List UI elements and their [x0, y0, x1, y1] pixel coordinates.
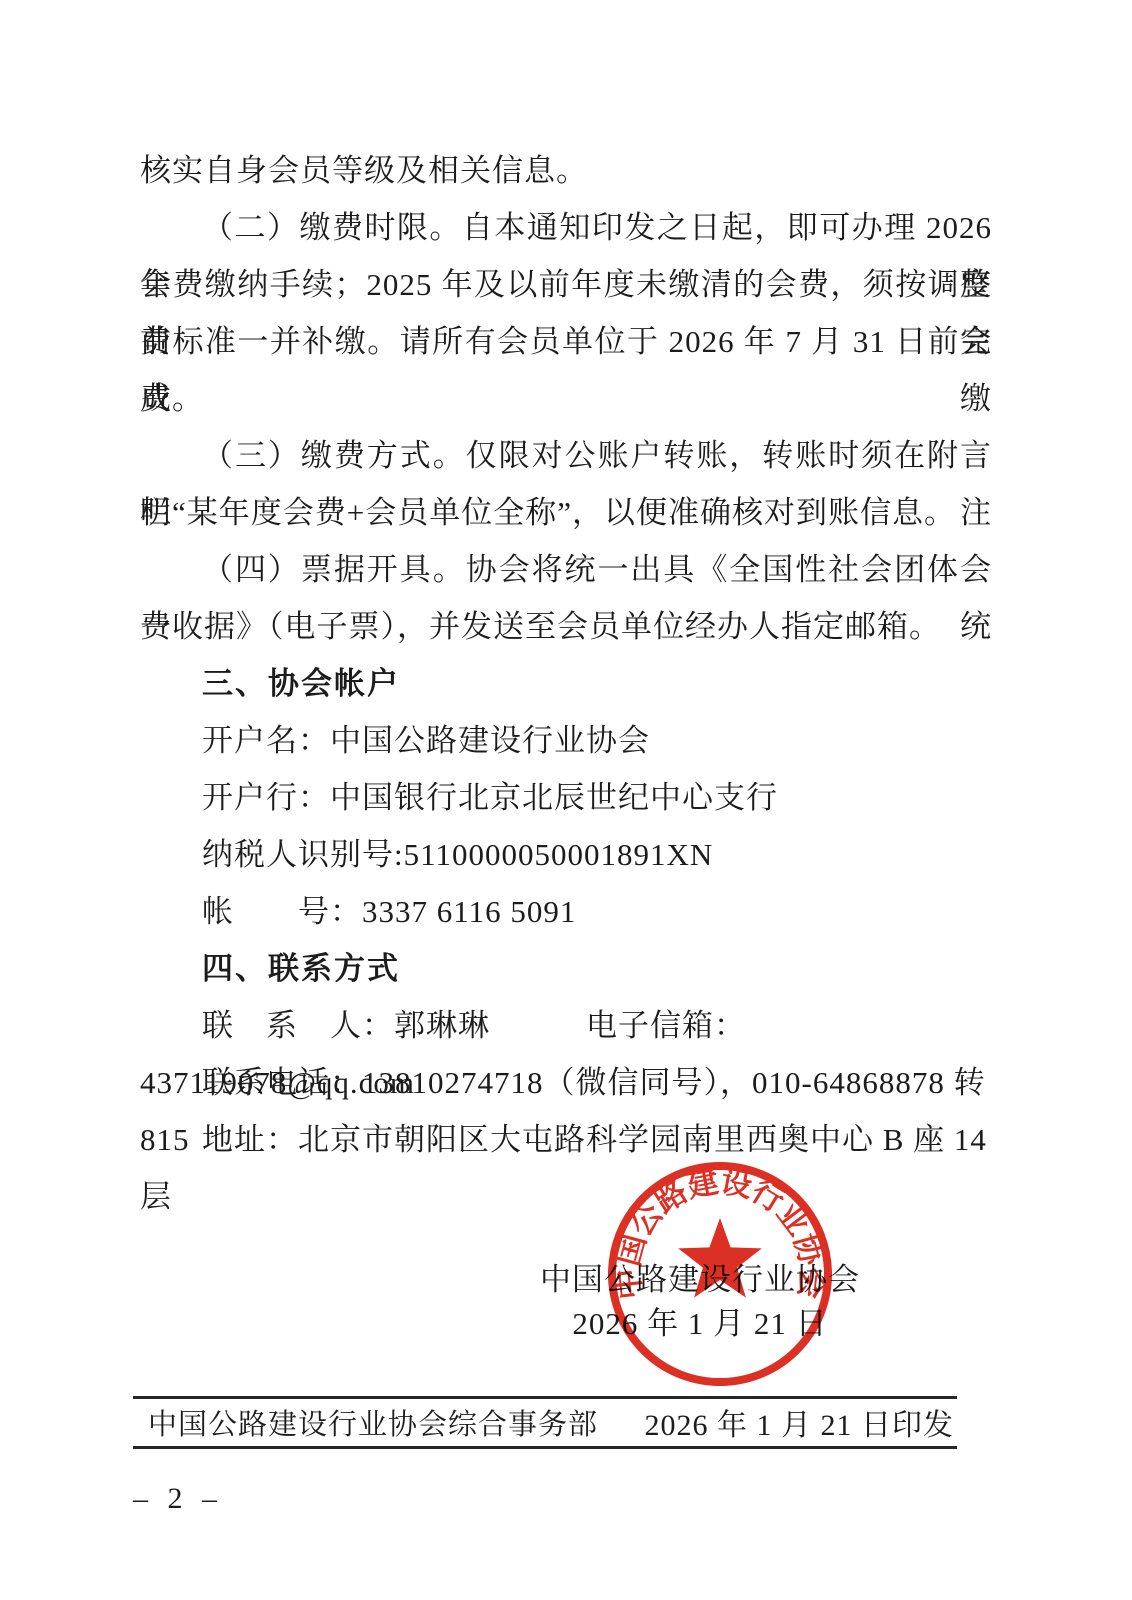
seal-star-icon [678, 1218, 762, 1298]
body-line: 费标准一并补缴。请所有会员单位于 2026 年 7 月 31 日前完成缴 [140, 313, 992, 370]
footer-divider-bottom [133, 1446, 957, 1449]
body-line: （三）缴费方式。仅限对公账户转账，转账时须在附言栏注 [140, 427, 992, 484]
section-heading-contact: 四、联系方式 [140, 940, 992, 997]
document-body: 核实自身会员等级及相关信息。 （二）缴费时限。自本通知印发之日起，即可办理 20… [140, 142, 992, 1168]
document-page: 核实自身会员等级及相关信息。 （二）缴费时限。自本通知印发之日起，即可办理 20… [0, 0, 1132, 1600]
account-name-line: 开户名：中国公路建设行业协会 [140, 712, 992, 769]
contact-phone-line: 联系电话：13810274718（微信同号），010-64868878 转 81… [140, 1054, 992, 1111]
tax-id-line: 纳税人识别号:5110000050001891XN [140, 826, 992, 883]
body-line: 核实自身会员等级及相关信息。 [140, 142, 992, 199]
contact-person-line: 联 系 人：郭琳琳 电子信箱：437119078@qq.com [140, 997, 992, 1054]
page-number: – 2 – [133, 1482, 223, 1516]
footer-divider-top [133, 1396, 957, 1399]
account-bank-line: 开户行：中国银行北京北辰世纪中心支行 [140, 769, 992, 826]
body-line: 一收据》（电子票），并发送至会员单位经办人指定邮箱。 [140, 598, 992, 655]
official-seal: 中国公路建设行业协会 [602, 1156, 838, 1392]
footer-print-date: 2026 年 1 月 21 日印发 [645, 1400, 955, 1444]
footer-row: 中国公路建设行业协会综合事务部 2026 年 1 月 21 日印发 [148, 1400, 954, 1444]
body-line: 会费缴纳手续；2025 年及以前年度未缴清的会费，须按调整前会 [140, 256, 992, 313]
section-heading-account: 三、协会帐户 [140, 655, 992, 712]
body-line: 明“某年度会费+会员单位全称”，以便准确核对到账信息。 [140, 484, 992, 541]
account-number-line: 帐 号：3337 6116 5091 [140, 883, 992, 940]
address-line: 地址：北京市朝阳区大屯路科学园南里西奥中心 B 座 14 层 [140, 1111, 992, 1168]
footer-issuer: 中国公路建设行业协会综合事务部 [148, 1402, 598, 1443]
body-line: （二）缴费时限。自本通知印发之日起，即可办理 2026 年度 [140, 199, 992, 256]
body-line: （四）票据开具。协会将统一出具《全国性社会团体会费统 [140, 541, 992, 598]
